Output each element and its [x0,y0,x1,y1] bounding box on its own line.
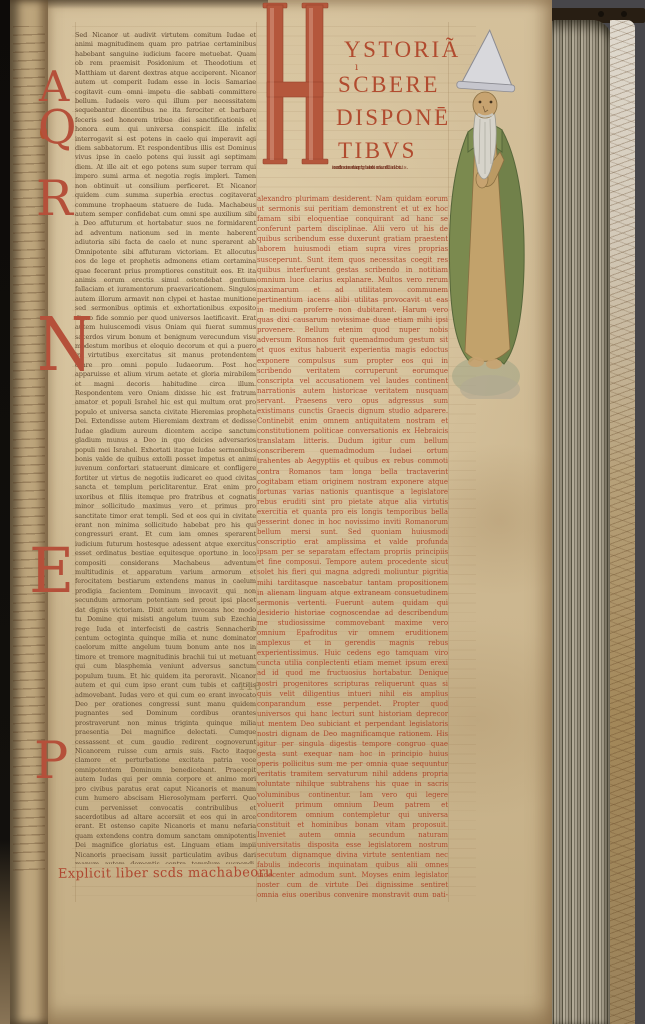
manuscript-photo: Sed Nicanor ut audivit virtutem comitum … [0,0,645,1024]
red-column-body: alexandro plurimam desiderent. Nam quida… [257,194,448,897]
gutter-shadow [0,0,10,1024]
left-text-column: Sed Nicanor ut audivit virtutem comitum … [75,31,256,864]
standing-figure-illustration [430,24,540,399]
rubric-line-4: TIBVS [338,139,417,162]
margin-initial-q: Q [38,104,77,151]
margin-initial-n: N [37,309,93,383]
illuminated-initial-h: H [260,2,332,166]
rubric-line-2: SCBERE [338,73,440,96]
bearded-man-drawing [430,24,540,399]
binding-nail [621,11,627,17]
binding-nail [598,11,604,17]
gloss-line: sed undiq gladios. & abi. [332,163,403,173]
explicit-line: Explicit liber scds machabeoru [58,865,274,882]
rubric-superscript-i: ı [355,62,358,73]
margin-initial-e: E [29,540,74,602]
initial-h-drawing [260,2,332,166]
folio-number: 118 [238,680,262,693]
book-fore-edge-pages [548,20,612,1024]
margin-initial-r: R [36,174,73,223]
red-text-column: alexandro plurimam desiderent. Nam quida… [257,194,448,897]
page-top-shadow [48,0,268,9]
book-cover-edge [610,20,635,1024]
margin-initial-p: P [34,736,68,787]
